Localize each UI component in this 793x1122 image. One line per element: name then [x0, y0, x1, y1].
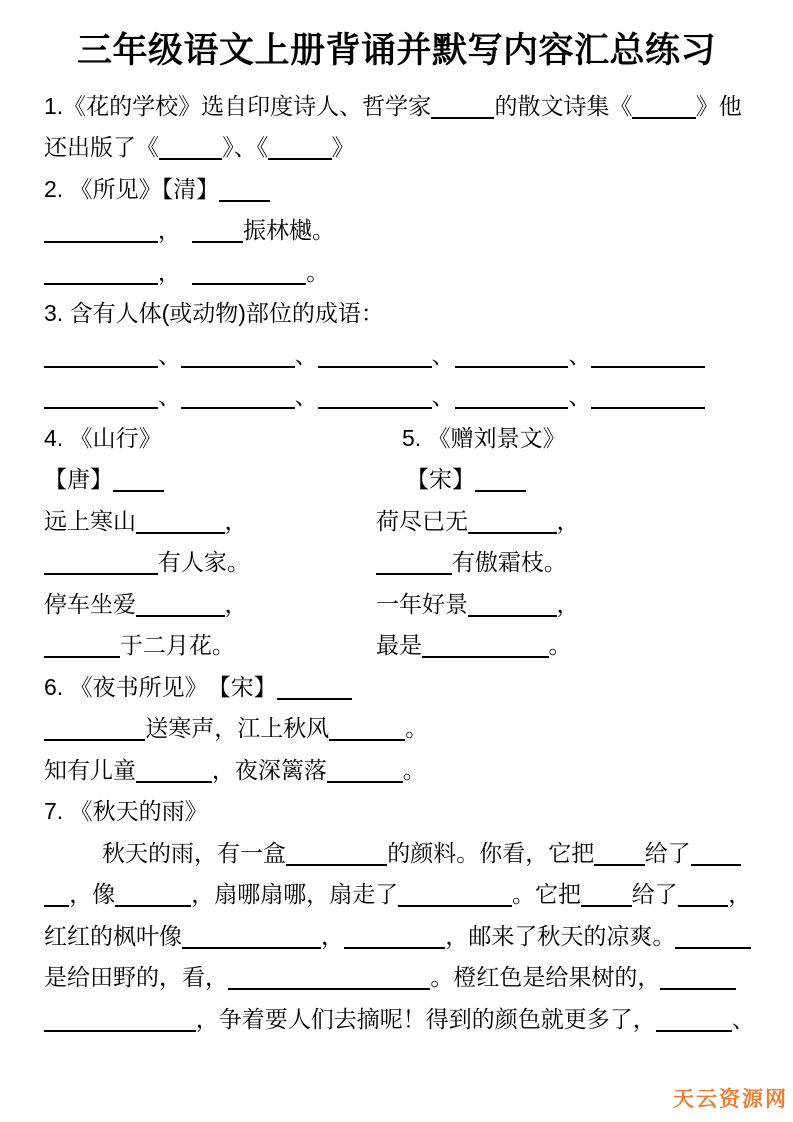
fill-in-blank: [678, 905, 729, 907]
fill-in-blank: [44, 739, 145, 741]
fill-in-blank: [455, 407, 569, 409]
poems-two-column-row: 4. 《山行》 【唐】 远上寒山， 有人家。 停车坐爱， 于二月花。 5. 《赠…: [44, 418, 753, 667]
fill-in-blank: [44, 366, 158, 368]
fill-in-blank: [44, 573, 158, 575]
fill-in-blank: [431, 117, 494, 119]
q6-heading: 6. 《夜书所见》 【宋】: [44, 667, 753, 709]
fill-in-blank: [691, 864, 742, 866]
fill-in-blank: [632, 117, 695, 119]
q4-verse-1: 远上寒山，: [44, 501, 376, 543]
q3-heading: 3. 含有人体(或动物)部位的成语：: [44, 293, 753, 335]
q5-verse-3: 一年好景，: [376, 584, 753, 626]
fill-in-blank: [181, 366, 295, 368]
fill-in-blank: [581, 905, 632, 907]
fill-in-blank: [219, 200, 270, 202]
fill-in-blank: [136, 615, 225, 617]
fill-in-blank: [656, 1030, 732, 1032]
fill-in-blank: [591, 407, 705, 409]
fill-in-blank: [344, 947, 445, 949]
fill-in-blank: [475, 490, 526, 492]
q7-passage-line-1: 秋天的雨，有一盒的颜料。你看，它把给了: [44, 833, 753, 875]
q2-heading: 2. 《所见》【清】: [44, 169, 753, 211]
q4-verse-4: 于二月花。: [44, 625, 376, 667]
fill-in-blank: [277, 698, 353, 700]
q7-title: 7. 《秋天的雨》: [44, 791, 753, 833]
q7-passage-line-3: 红红的枫叶像，，邮来了秋天的凉爽。: [44, 916, 753, 958]
fill-in-blank: [594, 864, 645, 866]
worksheet-page: 三年级语文上册背诵并默写内容汇总练习 1.《花的学校》选自印度诗人、哲学家的散文…: [0, 0, 793, 1122]
fill-in-blank: [675, 947, 751, 949]
poem-zeng-liu-jingwen: 5. 《赠刘景文》 【宋】 荷尽已无， 有傲霜枝。 一年好景， 最是。: [376, 418, 753, 667]
q4-title: 4. 《山行》: [44, 418, 376, 460]
fill-in-blank: [44, 905, 69, 907]
fill-in-blank: [422, 656, 549, 658]
page-title: 三年级语文上册背诵并默写内容汇总练习: [0, 0, 793, 74]
fill-in-blank: [286, 864, 387, 866]
q5-verse-1: 荷尽已无，: [376, 501, 753, 543]
fill-in-blank: [159, 158, 222, 160]
fill-in-blank: [228, 988, 430, 990]
q5-verse-4: 最是。: [376, 625, 753, 667]
q2-verse-1: ， 振林樾。: [44, 210, 753, 252]
watermark: 天云资源网: [673, 1083, 788, 1113]
fill-in-blank: [44, 241, 158, 243]
fill-in-blank: [468, 532, 557, 534]
fill-in-blank: [591, 366, 705, 368]
q7-passage-line-2: ，像，扇哪扇哪，扇走了。它把给了，: [44, 874, 753, 916]
q5-verse-2: 有傲霜枝。: [376, 542, 753, 584]
fill-in-blank: [113, 490, 164, 492]
fill-in-blank: [181, 407, 295, 409]
q5-title: 5. 《赠刘景文》: [376, 418, 753, 460]
fill-in-blank: [268, 158, 331, 160]
q1-line-1: 1.《花的学校》选自印度诗人、哲学家的散文诗集《》他: [44, 86, 753, 128]
fill-in-blank: [136, 781, 212, 783]
fill-in-blank: [318, 407, 432, 409]
q7-passage-line-4: 是给田野的，看，。橙红色是给果树的，: [44, 957, 753, 999]
fill-in-blank: [192, 241, 243, 243]
q4-verse-2: 有人家。: [44, 542, 376, 584]
fill-in-blank: [136, 532, 225, 534]
q1-line-2: 还出版了《》、《》: [44, 127, 753, 169]
q3-blanks-row-1: 、、、、: [44, 335, 753, 377]
fill-in-blank: [468, 615, 557, 617]
fill-in-blank: [327, 781, 403, 783]
poem-shanxing: 4. 《山行》 【唐】 远上寒山， 有人家。 停车坐爱， 于二月花。: [44, 418, 376, 667]
fill-in-blank: [44, 1030, 196, 1032]
fill-in-blank: [44, 656, 120, 658]
fill-in-blank: [318, 366, 432, 368]
fill-in-blank: [115, 905, 191, 907]
fill-in-blank: [376, 573, 452, 575]
q6-verse-2: 知有儿童，夜深篱落。: [44, 750, 753, 792]
q7-passage-line-5: ，争着要人们去摘呢！得到的颜色就更多了，、: [44, 999, 753, 1041]
q2-verse-2: ， 。: [44, 252, 753, 294]
fill-in-blank: [329, 739, 405, 741]
q4-verse-3: 停车坐爱，: [44, 584, 376, 626]
fill-in-blank: [455, 366, 569, 368]
q6-verse-1: 送寒声，江上秋风。: [44, 708, 753, 750]
fill-in-blank: [44, 407, 158, 409]
fill-in-blank: [182, 947, 321, 949]
q3-blanks-row-2: 、、、、: [44, 376, 753, 418]
fill-in-blank: [44, 283, 158, 285]
q4-author: 【唐】: [44, 459, 376, 501]
fill-in-blank: [192, 283, 306, 285]
q5-author: 【宋】: [376, 459, 753, 501]
fill-in-blank: [660, 988, 736, 990]
fill-in-blank: [398, 905, 512, 907]
worksheet-body: 1.《花的学校》选自印度诗人、哲学家的散文诗集《》他 还出版了《》、《》 2. …: [0, 74, 793, 1041]
